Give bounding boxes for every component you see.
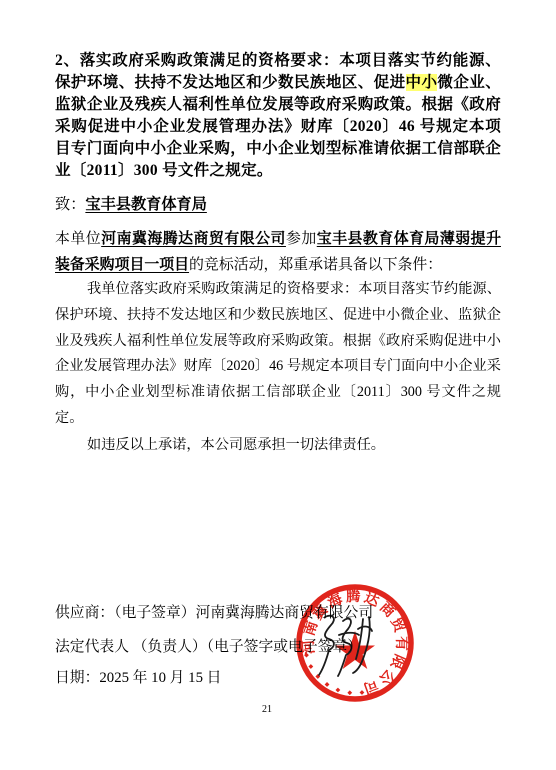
supplier-signature-line: 供应商：（电子签章）河南冀海腾达商贸有限公司 (55, 603, 501, 623)
liability-promise-line: 如违反以上承诺，本公司愿承担一切法律责任。 (55, 434, 501, 456)
legal-representative-line: 法定代表人 （负责人）（电子签字或电子签章） (55, 637, 501, 657)
highlighted-text: 中小 (406, 74, 438, 91)
declaration-part3: 的竞标活动，郑重承诺具备以下条件： (189, 257, 442, 273)
recipient-name: 宝丰县教育体育局 (85, 196, 207, 213)
page-number: 21 (55, 704, 479, 716)
declaration-part1: 本单位 (55, 231, 101, 247)
commitment-body-paragraph: 我单位落实政府采购政策满足的资格要求：本项目落实节约能源、保护环境、扶持不发达地… (55, 277, 501, 432)
date-line: 日期：2025 年 10 月 15 日 (55, 668, 501, 688)
company-name: 河南冀海腾达商贸有限公司 (101, 231, 286, 247)
salutation-prefix: 致： (55, 196, 85, 213)
document-page: 2、落实政府采购政策满足的资格要求：本项目落实节约能源、保护环境、扶持不发达地区… (0, 0, 556, 770)
policy-requirement-paragraph: 2、落实政府采购政策满足的资格要求：本项目落实节约能源、保护环境、扶持不发达地区… (55, 50, 501, 182)
declaration-part2: 参加 (286, 231, 317, 247)
salutation-line: 致：宝丰县教育体育局 (55, 194, 501, 216)
declaration-paragraph: 本单位河南冀海腾达商贸有限公司参加宝丰县教育体育局薄弱提升装备采购项目一项目的竞… (55, 226, 501, 278)
